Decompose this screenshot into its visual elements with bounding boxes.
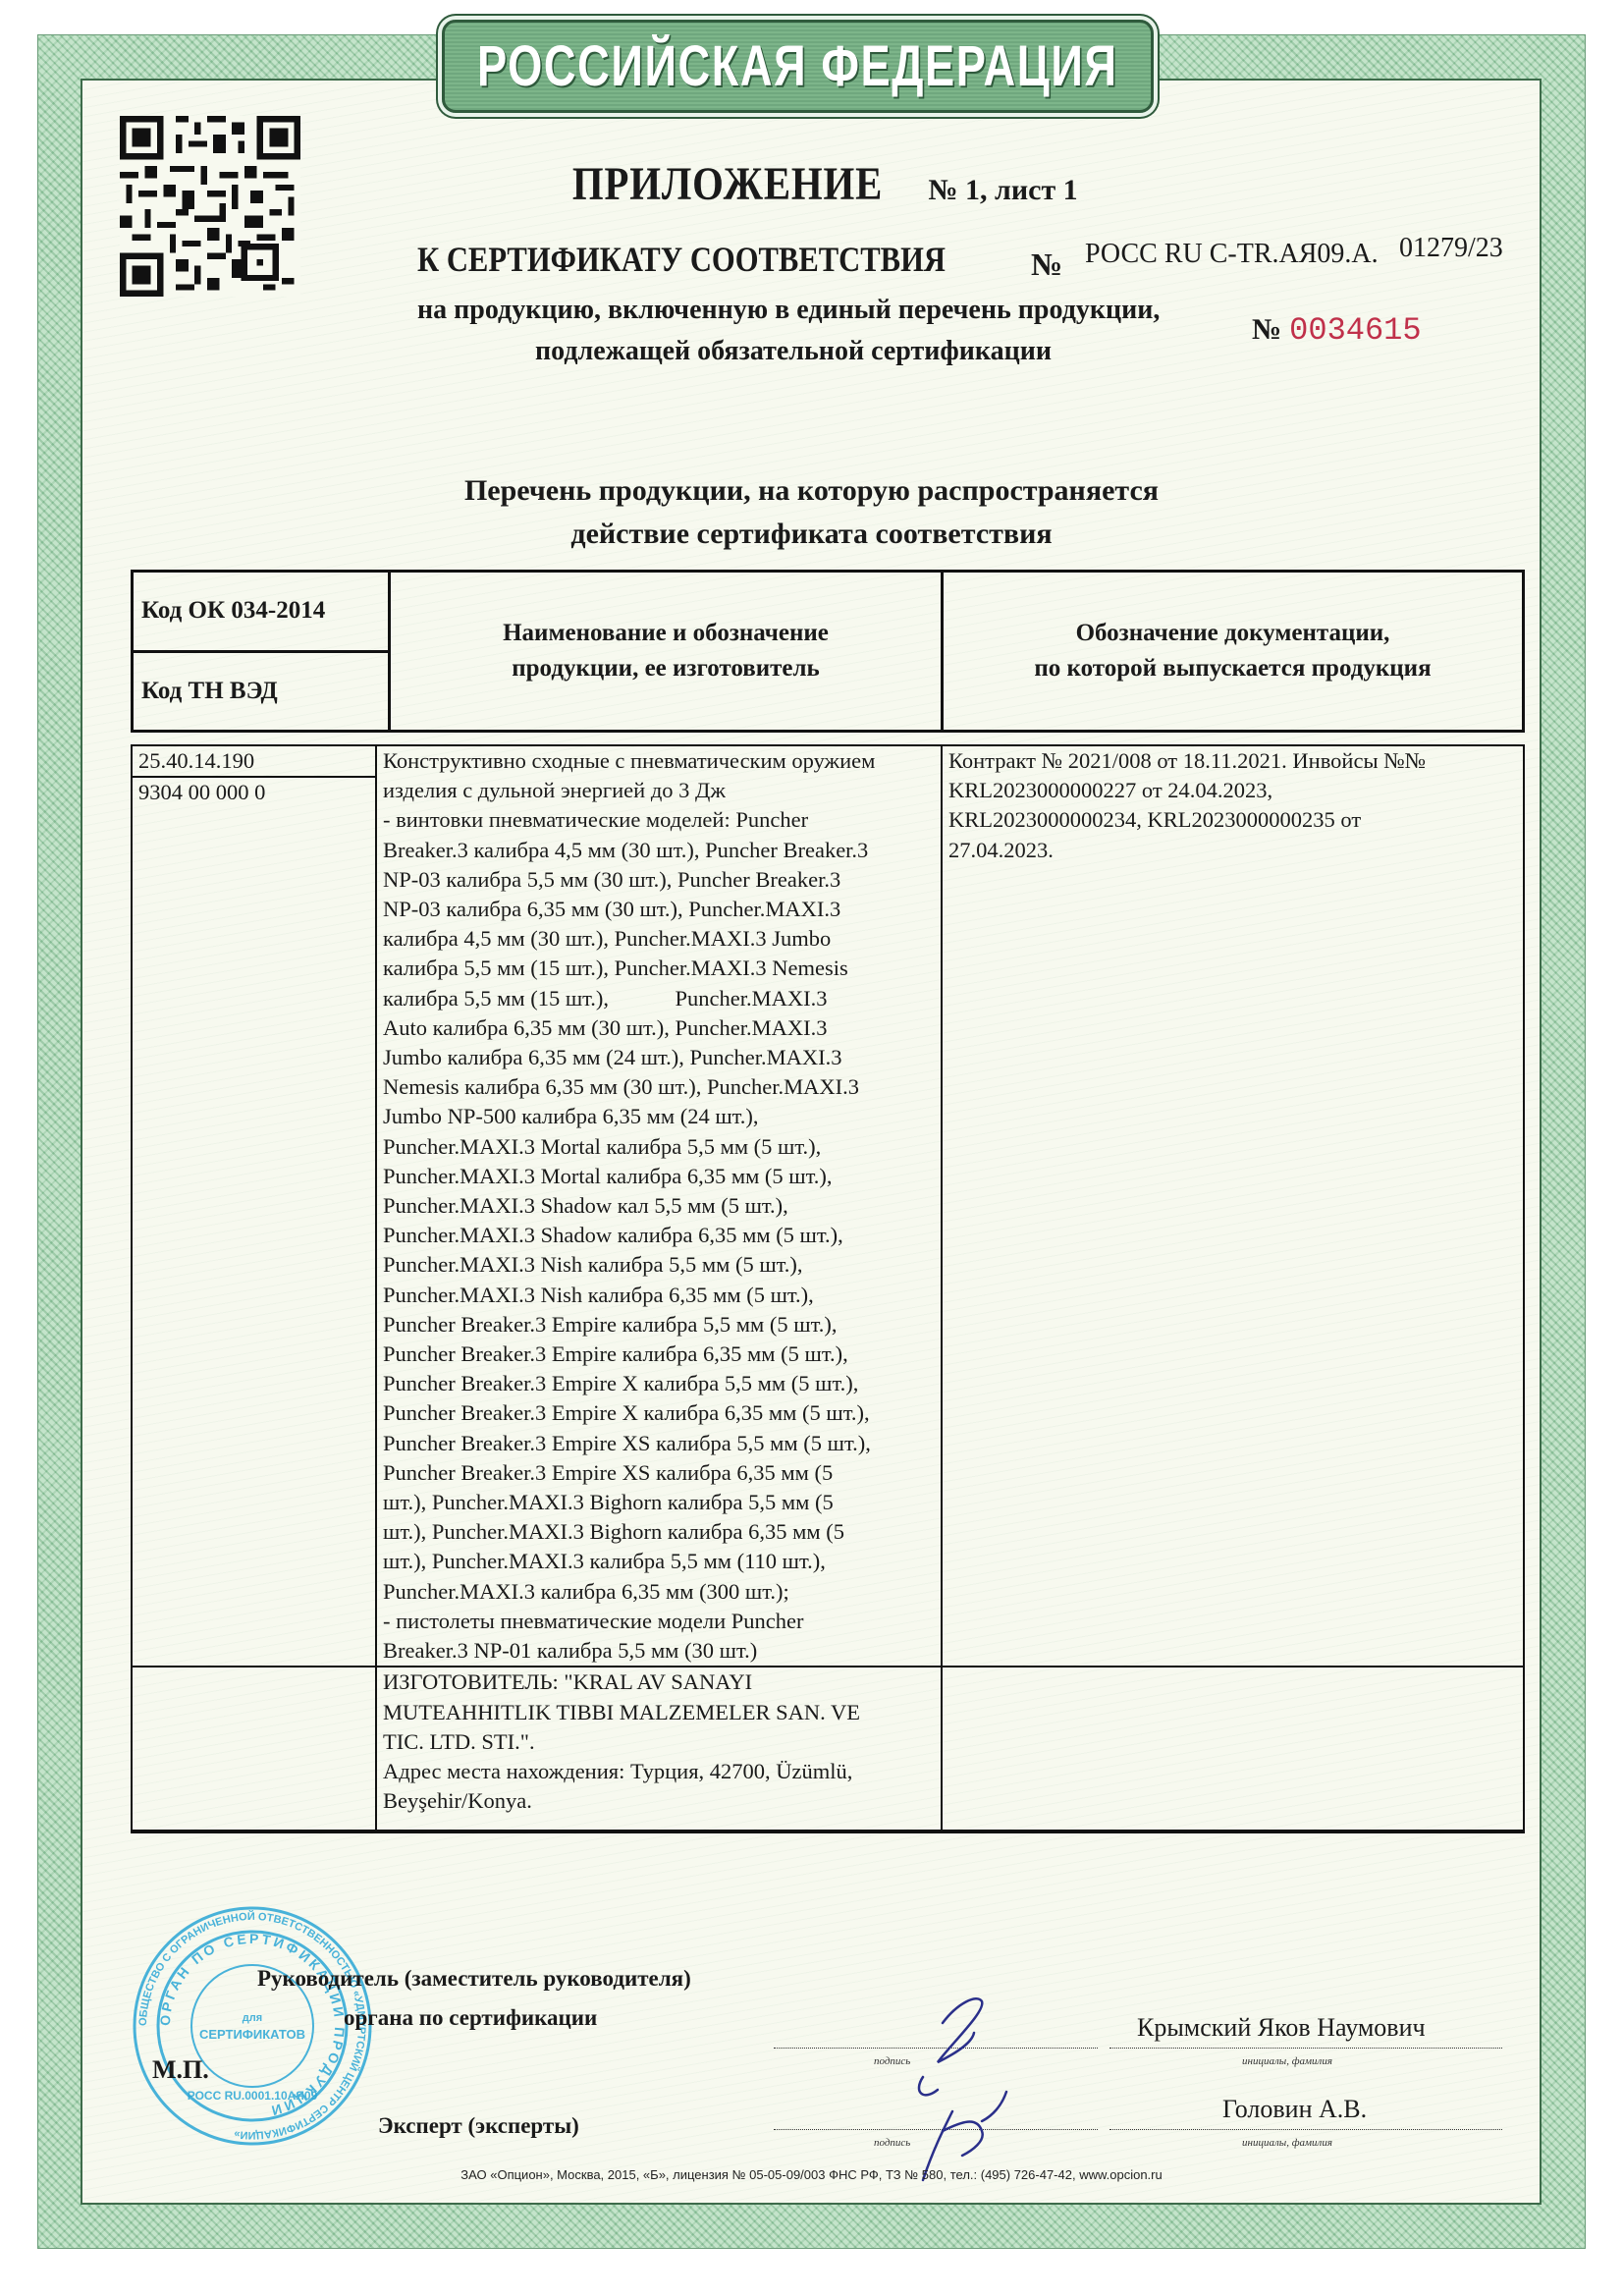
serial-sign: № (1252, 313, 1281, 346)
product-line: Puncher Breaker.3 Empire калибра 5,5 мм … (383, 1310, 935, 1339)
product-line: Breaker.3 калибра 4,5 мм (30 шт.), Punch… (383, 836, 935, 865)
product-line: Puncher.MAXI.3 Shadow кал 5,5 мм (5 шт.)… (383, 1191, 935, 1221)
stamp-center-line-2: СЕРТИФИКАТОВ (199, 2027, 305, 2042)
product-line: Puncher Breaker.3 Empire X калибра 6,35 … (383, 1398, 935, 1428)
code-ok-value: 25.40.14.190 (133, 746, 375, 778)
product-line: Puncher Breaker.3 Empire X калибра 5,5 м… (383, 1369, 935, 1398)
stamp-place-label: М.П. (152, 2055, 209, 2085)
product-line: калибра 4,5 мм (30 шт.), Puncher.MAXI.3 … (383, 924, 935, 954)
stamp-reg-number: РОСС RU.0001.10АЯ09 (188, 2089, 318, 2103)
manufacturer-address: Адрес места нахождения: Турция, 42700, Ü… (383, 1757, 935, 1786)
product-line: шт.), Puncher.MAXI.3 Bighorn калибра 5,5… (383, 1488, 935, 1517)
expert-name-caption: инициалы, фамилия (1242, 2137, 1332, 2149)
header-documentation: Обозначение документации, по которой вып… (943, 572, 1524, 732)
product-line: калибра 5,5 мм (15 шт.), Puncher.MAXI.3 … (383, 954, 935, 983)
product-line: Puncher Breaker.3 Empire калибра 6,35 мм… (383, 1339, 935, 1369)
product-line: Puncher Breaker.3 Empire XS калибра 6,35… (383, 1458, 935, 1488)
subtitle-line-1: на продукцию, включенную в единый перече… (417, 295, 1160, 326)
printer-note: ЗАО «Опцион», Москва, 2015, «Б», лицензи… (0, 2167, 1623, 2182)
product-table-header: Код ОК 034-2014 Наименование и обозначен… (131, 570, 1525, 733)
header-code-tnved: Код ТН ВЭД (133, 651, 390, 732)
header-documentation-line-2: по которой выпускается продукция (951, 651, 1514, 686)
list-heading-line-1: Перечень продукции, на которую распростр… (0, 469, 1623, 513)
certification-stamp-icon: ОБЩЕСТВО С ОГРАНИЧЕННОЙ ОТВЕТСТВЕННОСТЬЮ… (130, 1903, 375, 2149)
banner-text: РОССИЙСКАЯ ФЕДЕРАЦИЯ (477, 33, 1118, 99)
certificate-number-tail: 01279/23 (1399, 233, 1503, 264)
documentation-line: 27.04.2023. (948, 836, 1517, 865)
product-line: Конструктивно сходные с пневматическим о… (383, 746, 935, 776)
product-line: - винтовки пневматические моделей: Punch… (383, 805, 935, 835)
head-name-caption: инициалы, фамилия (1242, 2055, 1332, 2067)
product-line: NP-03 калибра 6,35 мм (30 шт.), Puncher.… (383, 895, 935, 924)
documentation-line: Контракт № 2021/008 от 18.11.2021. Инвой… (948, 746, 1517, 776)
certificate-label: К СЕРТИФИКАТУ СООТВЕТСТВИЯ (417, 239, 946, 280)
appendix-number: № 1, лист 1 (928, 174, 1077, 206)
stamp-center-line-1: для (243, 2012, 262, 2024)
title-text: ПРИЛОЖЕНИЕ (572, 157, 883, 211)
manufacturer-cell: ИЗГОТОВИТЕЛЬ: "KRAL AV SANAYI MUTEAHHITL… (376, 1667, 942, 1831)
product-line: Jumbo NP-500 калибра 6,35 мм (24 шт.), (383, 1102, 935, 1131)
documentation-cell: Контракт № 2021/008 от 18.11.2021. Инвой… (942, 745, 1524, 1667)
product-line: Jumbo калибра 6,35 мм (24 шт.), Puncher.… (383, 1043, 935, 1072)
certificate-number: РОСС RU C-TR.АЯ09.А. (1085, 239, 1379, 270)
manufacturer-line: ИЗГОТОВИТЕЛЬ: "KRAL AV SANAYI (383, 1667, 935, 1697)
head-label-line-1: Руководитель (заместитель руководителя) (257, 1966, 691, 1992)
product-description-cell: Конструктивно сходные с пневматическим о… (376, 745, 942, 1667)
head-name: Крымский Яков Наумович (1137, 2013, 1426, 2043)
product-line: калибра 5,5 мм (15 шт.), Puncher.MAXI.3 (383, 984, 935, 1013)
manufacturer-row: ИЗГОТОВИТЕЛЬ: "KRAL AV SANAYI MUTEAHHITL… (132, 1667, 1524, 1831)
manufacturer-documentation-cell (942, 1667, 1524, 1831)
product-line: Nemesis калибра 6,35 мм (30 шт.), Punche… (383, 1072, 935, 1102)
head-name-line (1109, 2048, 1502, 2049)
header-product-line-2: продукции, ее изготовитель (399, 651, 933, 686)
signature-icon (884, 1984, 1051, 2190)
header-documentation-line-1: Обозначение документации, (951, 616, 1514, 651)
subtitle-line-2: подлежащей обязательной сертификации (535, 336, 1052, 367)
header-code-ok: Код ОК 034-2014 (133, 572, 390, 652)
product-line: Puncher.MAXI.3 калибра 6,35 мм (300 шт.)… (383, 1577, 935, 1607)
product-line: Puncher.MAXI.3 Nish калибра 5,5 мм (5 шт… (383, 1250, 935, 1280)
documentation-line: KRL2023000000227 от 24.04.2023, (948, 776, 1517, 805)
number-sign: № (1031, 246, 1062, 283)
country-banner: РОССИЙСКАЯ ФЕДЕРАЦИЯ (442, 20, 1154, 113)
head-label-line-2: органа по сертификации (344, 2005, 597, 2031)
expert-label: Эксперт (эксперты) (378, 2113, 579, 2139)
product-line: Auto калибра 6,35 мм (30 шт.), Puncher.M… (383, 1013, 935, 1043)
manufacturer-address: Beyşehir/Konya. (383, 1786, 935, 1816)
product-line: Puncher Breaker.3 Empire XS калибра 5,5 … (383, 1429, 935, 1458)
product-line: изделия с дульной энергией до 3 Дж (383, 776, 935, 805)
code-tnved-value: 9304 00 000 0 (133, 778, 375, 807)
header-product: Наименование и обозначение продукции, ее… (390, 572, 943, 732)
header-product-line-1: Наименование и обозначение (399, 616, 933, 651)
list-heading-line-2: действие сертификата соответствия (0, 513, 1623, 556)
product-line: Breaker.3 NP-01 калибра 5,5 мм (30 шт.) (383, 1636, 935, 1666)
codes-cell: 25.40.14.190 9304 00 000 0 (132, 745, 376, 1667)
product-line: Puncher.MAXI.3 Nish калибра 6,35 мм (5 ш… (383, 1281, 935, 1310)
product-line: шт.), Puncher.MAXI.3 калибра 5,5 мм (110… (383, 1547, 935, 1576)
serial-number: 0034615 (1289, 312, 1421, 349)
documentation-line: KRL2023000000234, KRL2023000000235 от (948, 805, 1517, 835)
product-line: Puncher.MAXI.3 Mortal калибра 6,35 мм (5… (383, 1162, 935, 1191)
product-line: Puncher.MAXI.3 Mortal калибра 5,5 мм (5 … (383, 1132, 935, 1162)
list-heading: Перечень продукции, на которую распростр… (0, 469, 1623, 556)
expert-name: Головин А.В. (1222, 2095, 1367, 2124)
product-line: Puncher.MAXI.3 Shadow калибра 6,35 мм (5… (383, 1221, 935, 1250)
product-line: NP-03 калибра 5,5 мм (30 шт.), Puncher B… (383, 865, 935, 895)
table-row: 25.40.14.190 9304 00 000 0 Конструктивно… (132, 745, 1524, 1667)
product-table-body: 25.40.14.190 9304 00 000 0 Конструктивно… (131, 744, 1525, 1833)
certificate-reference: К СЕРТИФИКАТУ СООТВЕТСТВИЯ № РОСС RU C-T… (417, 239, 1039, 280)
expert-name-line (1109, 2129, 1502, 2130)
blank-serial: №0034615 (1252, 312, 1422, 349)
product-line: шт.), Puncher.MAXI.3 Bighorn калибра 6,3… (383, 1517, 935, 1547)
manufacturer-code-cell (132, 1667, 376, 1831)
manufacturer-line: MUTEAHHITLIK TIBBI MALZEMELER SAN. VE (383, 1698, 935, 1727)
appendix-title: ПРИЛОЖЕНИЕ № 1, лист 1 (0, 157, 1623, 211)
product-line: - пистолеты пневматические модели Punche… (383, 1607, 935, 1636)
manufacturer-line: TIC. LTD. STI.". (383, 1727, 935, 1757)
